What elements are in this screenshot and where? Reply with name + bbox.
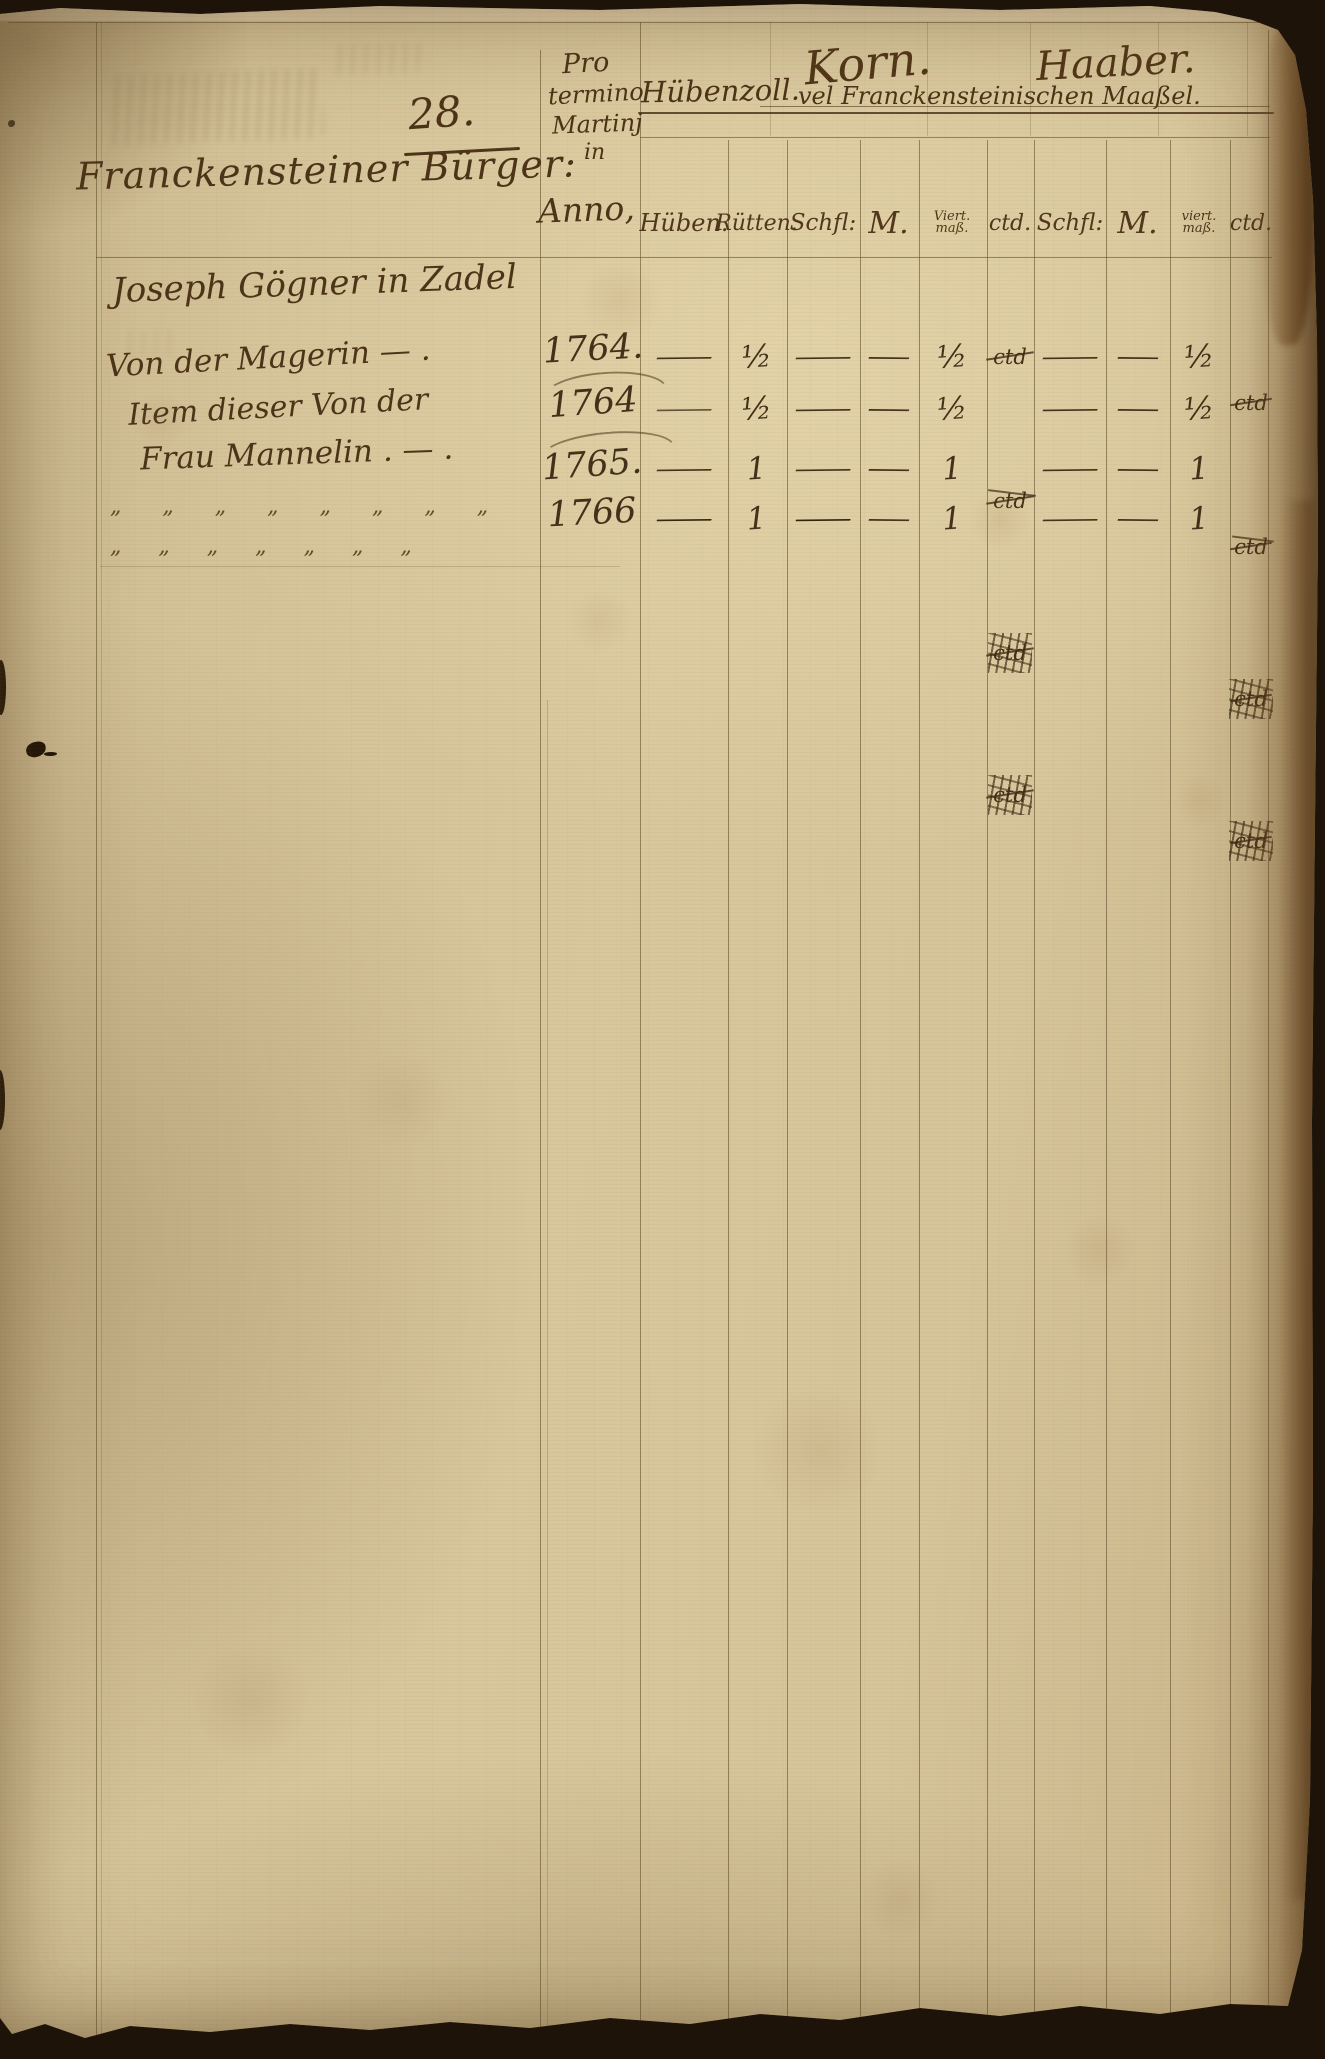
- table-cell: 1: [725, 444, 787, 494]
- entry-name-line1: Joseph Gögner in Zadel: [111, 257, 517, 311]
- bleed-through-ghost: [330, 42, 431, 75]
- table-cell: —: [642, 446, 726, 492]
- ink-blot: [44, 752, 57, 756]
- column-label-schfl-korn: Schfl:: [788, 198, 858, 248]
- entry-name-line4: Frau Mannelin . — .: [139, 431, 453, 478]
- table-cell: —: [1035, 446, 1105, 492]
- table-cell: ctd: [1228, 818, 1274, 864]
- table-cell: ctd: [984, 772, 1036, 818]
- banner-underline2: [760, 106, 1270, 107]
- table-cell: —: [1106, 386, 1169, 432]
- ruled-line-banner-col: [1247, 22, 1248, 136]
- ruled-line-right: [1268, 30, 1269, 2030]
- cell-dash: —: [653, 394, 715, 425]
- table-cell: ctd: [1228, 676, 1274, 722]
- cell-dash: —: [653, 504, 715, 535]
- table-cell: —: [859, 496, 918, 542]
- table-cell: ½: [916, 384, 987, 435]
- column-label-schfl-haaber: Schfl:: [1035, 198, 1105, 248]
- column-label-ruetten: Rütten.: [727, 198, 786, 248]
- entry-name-line2: Von der Magerin — .: [105, 332, 431, 385]
- table-cell: —: [1035, 386, 1105, 432]
- edge-chip: [0, 660, 6, 715]
- table-cell: 1: [1167, 494, 1230, 544]
- table-cell: ctd: [984, 630, 1036, 676]
- ink-speck: [8, 120, 15, 127]
- cell-dash: —: [792, 394, 854, 425]
- cell-dash: —: [1039, 454, 1101, 485]
- table-cell: ½: [1167, 384, 1230, 434]
- ledger-page: 28. Pro termino Martinj in Korn. Haaber.…: [0, 0, 1325, 2059]
- cell-dash: —: [792, 504, 854, 535]
- ink-blot: [25, 740, 48, 759]
- ruled-line-banner-col: [1030, 22, 1031, 136]
- table-cell: —: [1106, 496, 1169, 542]
- cell-dash: —: [866, 394, 911, 424]
- cell-dash: —: [1115, 504, 1160, 534]
- column-label-metzen-haaber: M.: [1106, 198, 1169, 248]
- cell-dash: —: [1039, 342, 1101, 373]
- cell-dash: —: [1115, 394, 1160, 424]
- edge-chip: [0, 1070, 5, 1130]
- table-cell: —: [859, 446, 918, 492]
- anno-column-header: Anno,: [537, 188, 635, 230]
- table-cell: —: [642, 334, 726, 380]
- cell-dash: —: [866, 342, 911, 372]
- table-cell: —: [1035, 496, 1105, 542]
- table-cell: —: [788, 496, 858, 542]
- cell-dash: —: [1039, 504, 1101, 535]
- column-label-viertmass-korn: Viert. maß.: [918, 198, 986, 248]
- term-header-line2: termino: [547, 78, 644, 111]
- column-label-metzen-korn: M.: [859, 198, 918, 248]
- table-cell: 1: [1167, 444, 1230, 494]
- ruled-line-top: [8, 22, 1292, 23]
- name-column-header: Franckensteiner Bürger:: [76, 141, 578, 198]
- table-cell: —: [859, 386, 918, 432]
- table-cell: —: [1035, 334, 1105, 380]
- table-cell: —: [642, 496, 726, 542]
- banner-underline: [638, 112, 1274, 114]
- cell-dash: —: [866, 454, 911, 484]
- term-header-line4: in: [584, 140, 605, 165]
- ruled-line-entry-bottom: [100, 566, 620, 567]
- table-cell: —: [788, 386, 858, 432]
- table-cell: ctd: [984, 478, 1036, 524]
- year-value: 1766: [539, 487, 645, 538]
- cell-dash: —: [1039, 394, 1101, 425]
- column-label-hueben: Hüben.: [642, 198, 726, 248]
- cell-dash: —: [653, 454, 715, 485]
- cell-dash: —: [792, 454, 854, 485]
- cell-dash: —: [1115, 454, 1160, 484]
- page-number: 28.: [406, 86, 476, 140]
- term-header-line1: Pro: [561, 47, 610, 80]
- year-value: 1764.: [541, 323, 645, 374]
- cell-dash: —: [653, 342, 715, 373]
- ruled-line-margin2: [101, 22, 102, 2038]
- table-cell: —: [642, 386, 726, 432]
- ruled-line-margin: [96, 22, 97, 2035]
- table-cell: ½: [725, 332, 787, 382]
- table-cell: ctd: [984, 334, 1036, 380]
- term-header-line3: Martinj: [552, 108, 644, 139]
- ruled-line-banner: [640, 137, 1270, 138]
- cell-dash: —: [866, 504, 911, 534]
- table-cell: —: [1106, 446, 1169, 492]
- table-cell: —: [1106, 334, 1169, 380]
- table-cell: ½: [1167, 332, 1230, 382]
- table-cell: 1: [725, 494, 787, 544]
- cell-dash: —: [792, 342, 854, 373]
- table-cell: ½: [725, 384, 787, 434]
- ruled-line-header-bottom: [96, 257, 1272, 258]
- bleed-through-ghost: [107, 68, 324, 145]
- foxing-overlay: [0, 0, 1325, 2059]
- table-cell: 1: [916, 494, 987, 545]
- page-edge-shade: [1284, 500, 1314, 1900]
- table-cell: ctd: [1228, 524, 1274, 570]
- ruled-line-anno-left: [540, 50, 541, 2036]
- column-label-viertmass-haaber: viert. maß.: [1169, 198, 1229, 248]
- ruled-line-anno-left2: [547, 700, 548, 2036]
- entry-name-line3: Item dieser Von der: [127, 382, 429, 433]
- table-cell: —: [788, 334, 858, 380]
- table-cell: —: [859, 334, 918, 380]
- page-edge-tear: [1262, 25, 1314, 345]
- cell-dash: —: [1115, 342, 1160, 372]
- page-top-edge: [0, 0, 1300, 21]
- column-label-ctd-korn: ctd.: [984, 198, 1036, 248]
- table-cell: ctd: [1228, 380, 1274, 426]
- huebenzoll-header: Hübenzoll.: [641, 73, 800, 110]
- ditto-marks-row: „ „ „ „ „ „ „: [110, 534, 412, 559]
- table-cell: 1: [916, 444, 987, 495]
- ditto-marks-row: „ „ „ „ „ „ „ „: [110, 494, 488, 519]
- table-cell: ½: [916, 332, 987, 383]
- table-cell: —: [788, 446, 858, 492]
